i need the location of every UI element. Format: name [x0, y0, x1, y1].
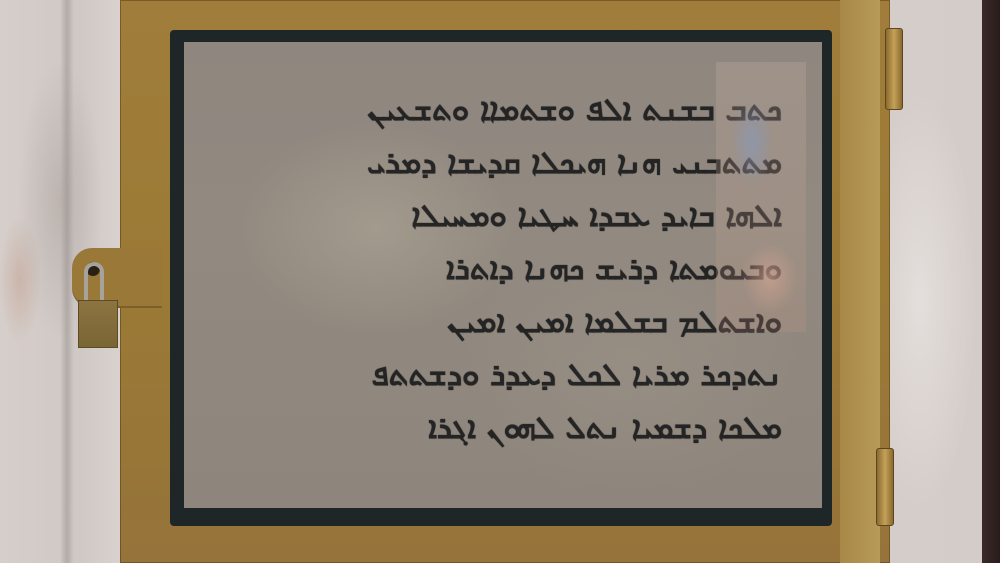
hinge-icon	[876, 448, 894, 526]
padlock-icon[interactable]	[78, 300, 118, 348]
inscription-line: ܘܒܝܘܡܬܐ ܕܪܝܫ ܟܗܢܐ ܕܐܬܪܐ	[214, 243, 782, 296]
inscription-line: ܘܐܫܬܠܡ ܒܫܠܡܐ ܐܡܝܢ ܐܡܝܢ	[214, 296, 782, 349]
hinge-icon	[885, 28, 903, 110]
inscription-line: ܟܬܒ ܒܫܢܬ ܐܠܦ ܘܫܬܡܐܐ ܘܬܫܥܝܢ	[214, 84, 782, 137]
brass-frame-hinge-side	[840, 0, 880, 563]
photographer-reflection	[716, 62, 806, 332]
inscription-line: ܡܬܬܒܢܝ ܗܢܐ ܗܝܟܠܐ ܩܕܝܫܐ ܕܡܪܝ	[214, 137, 782, 190]
inscription-stone: ܟܬܒ ܒܫܢܬ ܐܠܦ ܘܫܬܡܐܐ ܘܬܫܥܝܢ ܡܬܬܒܢܝ ܗܢܐ ܗܝ…	[184, 42, 822, 508]
syriac-inscription: ܟܬܒ ܒܫܢܬ ܐܠܦ ܘܫܬܡܐܐ ܘܬܫܥܝܢ ܡܬܬܒܢܝ ܗܢܐ ܗܝ…	[214, 84, 782, 468]
inscription-line: ܡܠܟܐ ܕܫܡܝܐ ܢܬܠ ܠܗܘܢ ܐܓܪܐ	[214, 402, 782, 455]
dark-brick-edge	[982, 0, 1000, 563]
glass-pane: ܟܬܒ ܒܫܢܬ ܐܠܦ ܘܫܬܡܐܐ ܘܬܫܥܝܢ ܡܬܬܒܢܝ ܗܢܐ ܗܝ…	[170, 30, 832, 526]
inscription-line: ܢܬܕܟܪ ܡܪܝܐ ܠܟܠ ܕܥܕܪ ܘܕܫܬܬܦ	[214, 349, 782, 402]
inscription-line: ܐܠܗܐ ܒܐܝܕ ܥܒܕܐ ܚܛܝܐ ܘܡܚܝܠܐ	[214, 190, 782, 243]
